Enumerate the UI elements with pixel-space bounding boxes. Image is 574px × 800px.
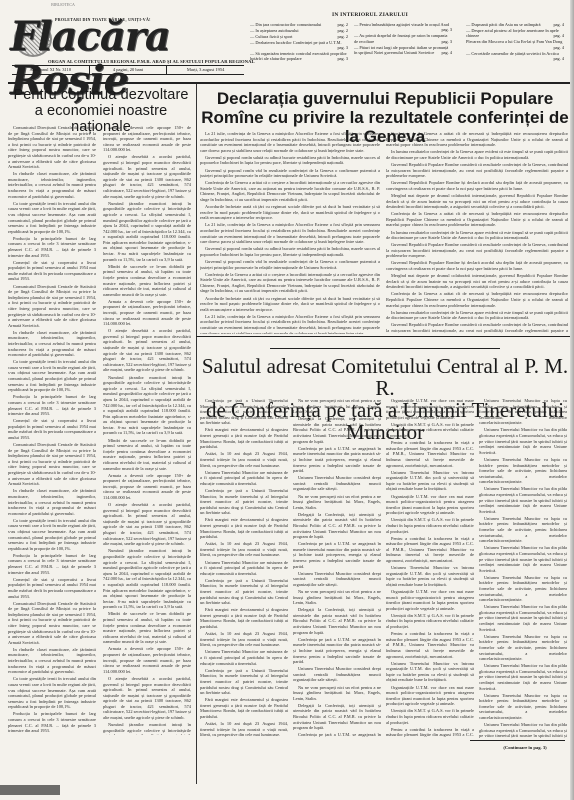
article-paragraph: In rîndurile clasei muncitoare, ale țără… (8, 171, 96, 199)
article-paragraph: Uniunea Tineretului Muncitor va lupta cu… (479, 457, 567, 485)
utm-headline-line-1: Salutul adresat Comitetului Central al P… (196, 355, 574, 399)
article-paragraph: Mîndri de succesele ce le-am dobîndit pe… (103, 264, 191, 298)
article-paragraph: Uniunea Tineretului Muncitor va lupta cu… (479, 634, 567, 662)
toc-column-3: — Duşmanii păcii din Asia nu se astîmpăr… (466, 22, 564, 62)
divider-short (270, 348, 500, 349)
toc-item: — In așteptarea autobuzului pag. 2 (250, 28, 348, 33)
article-paragraph: Uteniștii din S.M.T. și G.A.S. vor fi în… (386, 613, 474, 630)
article-paragraph: Numărul țăranilor muncitori intrați în g… (103, 548, 191, 610)
article-paragraph: Mîndri de succesele ce le-am dobîndit pe… (103, 611, 191, 645)
article-paragraph: Uniunea Tineretului Muncitor consideră d… (293, 571, 381, 588)
article-paragraph: Nu ne vom precupeți nici un efort pentru… (293, 685, 381, 702)
toc-item: — Să organizăm temeinic controlul execut… (250, 51, 348, 62)
article-paragraph: Conferința de la Geneva a arătat cît de … (386, 291, 568, 308)
article-paragraph: Uniunea Tineretului Muncitor va întrona … (386, 661, 474, 683)
article-paragraph: Uniunea Tineretului Muncitor are misiune… (200, 560, 288, 577)
article-paragraph: La 21 iulie, conferința de la Geneva a m… (200, 131, 380, 153)
toc-item: — Au primit drapelul de fruntași pe raio… (354, 33, 452, 44)
toc-title: IN INTERIORUL ZIARULUI (300, 12, 440, 18)
divider-middle (196, 336, 570, 337)
article-paragraph: Astăzi, la 10 ani după 23 August 1944, t… (200, 541, 288, 558)
continued-note: (Continuare în pag. 3) (470, 745, 574, 750)
article-paragraph: Armata a devenit cele aproape 150+ de pr… (103, 125, 191, 153)
toc-item: — Pentru îmbunătățirea agitației vizuale… (354, 22, 452, 33)
article-paragraph: In rîndurile clasei muncitoare, ale țără… (8, 488, 96, 516)
article-paragraph: Ca toate greutățile iernii în trecutul a… (8, 676, 96, 710)
article-paragraph: Fără margini este devotamentul și dragos… (200, 517, 288, 539)
article-paragraph: Guvernul și poporul romîn salută cu adîn… (200, 155, 380, 166)
toc-column-2: — Pentru îmbunătățirea agitației vizuale… (354, 22, 452, 56)
toc-item: — Din țara constructorilor comunismului … (250, 22, 348, 27)
article-paragraph: In rîndurile clasei muncitoare, ale țără… (8, 330, 96, 358)
article-paragraph: Uteniștii din S.M.T. și G.A.S. vor fi în… (386, 708, 474, 725)
article-paragraph: Fără margini este devotamentul și dragos… (200, 427, 288, 449)
print-smudge (0, 785, 60, 795)
article-paragraph: Guvernul Republicii Populare Romîne cons… (386, 242, 568, 259)
article-paragraph: In lumina rezultatelor conferinței de la… (386, 149, 568, 160)
article-paragraph: Pentru a contribui la traducerea în viaț… (386, 536, 474, 564)
article-paragraph: Comerțul de stat și cooperatist a livrat… (8, 260, 96, 282)
article-paragraph: Producția la principalele bunuri de larg… (8, 394, 96, 416)
article-paragraph: Uniunea Tineretului Muncitor va lua din … (479, 663, 567, 691)
article-paragraph: In lumina rezultatelor conferinței de la… (386, 230, 568, 241)
article-paragraph: Conferința pe țară a Uniunii Tineretului… (200, 668, 288, 696)
article-paragraph: Armata a devenit cele aproape 150+ de pr… (103, 646, 191, 674)
article-paragraph: Uteniștii din S.M.T. și G.A.S. vor fi în… (386, 422, 474, 439)
article-paragraph: Mergînd mai departe pe drumul colaborări… (386, 273, 568, 290)
organ-subtitle: ORGAN AL COMITETULUI REGIONAL P.M.R. ARA… (48, 59, 248, 64)
utm-article-col-2: Nu ne vom precupeți nici un efort pentru… (293, 398, 381, 738)
issue-number: Arad, anul XI Nr. 3110 (12, 66, 90, 74)
article-paragraph: Astăzi, la 10 ani după 23 August 1944, t… (200, 721, 288, 738)
utm-article-col-4: Uniunea Tineretului Muncitor va lupta cu… (479, 398, 567, 738)
article-paragraph: Conferința pe țară a U.T.M. se angajează… (293, 637, 381, 665)
article-paragraph: O atenție deosebită a acordat partidul, … (103, 502, 191, 547)
article-paragraph: Nu ne vom precupeți nici un efort pentru… (293, 398, 381, 415)
article-paragraph: Uniunea Tineretului Muncitor va lua din … (479, 486, 567, 514)
article-paragraph: Uniunea Tineretului Muncitor va lupta cu… (479, 398, 567, 426)
article-paragraph: Uniunea Tineretului Muncitor va lua din … (479, 427, 567, 455)
article-paragraph: Pentru a contribui la traducerea în viaț… (386, 727, 474, 738)
article-paragraph: Conferința pe țară a Uniunii Tineretului… (200, 398, 288, 426)
article-paragraph: Uniunea Tineretului Muncitor va lua din … (479, 722, 567, 738)
article-paragraph: In rîndurile clasei muncitoare, ale țără… (8, 647, 96, 675)
article-paragraph: Uniunea Tineretului Muncitor are misiune… (200, 470, 288, 487)
article-paragraph: Comerțul de stat și cooperatist a livrat… (8, 418, 96, 440)
toc-item: — Cultura fizică și sport pag. 2 (250, 34, 348, 39)
article-paragraph: Pentru a contribui la traducerea în viaț… (386, 631, 474, 659)
article-paragraph: Organizațiile U.T.M. vor duce cea mai ma… (386, 494, 474, 516)
article-paragraph: Uniunea Tineretului Muncitor va întrona … (386, 470, 474, 492)
article-paragraph: Conferința de la Geneva a arătat că o cr… (200, 272, 380, 294)
article-paragraph: La 21 iulie, conferința de la Geneva a m… (200, 314, 380, 334)
article-paragraph: Guvernul și poporul romîn văd în rezulta… (200, 168, 380, 179)
article-paragraph: Organizațiile U.T.M. vor duce cea mai ma… (386, 589, 474, 611)
article-paragraph: Guvernul și poporul romîn văd în rezulta… (200, 259, 380, 270)
article-paragraph: In lumina rezultatelor conferinței de la… (386, 310, 568, 321)
article-paragraph: Conferința pe țară a U.T.M. se angajează… (293, 541, 381, 569)
toc-item: — Duşmanii păcii din Asia nu se astîmpăr… (466, 22, 564, 27)
article-paragraph: Guvernul Republicii Populare Romîne cons… (386, 322, 568, 334)
article-paragraph: Uniunea Tineretului Muncitor va lupta cu… (479, 516, 567, 544)
toc-item: Plecarea din Moscova a lui Ciu En-lai și… (466, 39, 564, 50)
utm-article-col-1: Conferința pe țară a Uniunii Tineretului… (200, 398, 288, 738)
article-paragraph: O atenție deosebită a acordat partidul, … (103, 676, 191, 721)
article-paragraph: O atenție deosebită a acordat partidul, … (103, 328, 191, 373)
article-paragraph: Uniunea Tineretului Muncitor va lupta cu… (479, 693, 567, 721)
toc-column-1: — Din țara constructorilor comunismului … (250, 22, 348, 62)
article-paragraph: Uniunea Tineretului Muncitor consideră d… (293, 666, 381, 683)
article-paragraph: Ca toate greutățile iernii în trecutul a… (8, 518, 96, 552)
article-paragraph: Uniunea Tineretului Muncitor va întrona … (386, 565, 474, 587)
issue-price: 4 pagini, 20 bani (90, 66, 168, 74)
article-paragraph: Conferința pe țară a U.T.M. se angajează… (293, 446, 381, 474)
article-paragraph: Conferința pe țară a U.T.M. se angajează… (293, 732, 381, 738)
article-paragraph: Organizațiile U.T.M. vor duce cea mai ma… (386, 398, 474, 420)
article-paragraph: Conferința de la Geneva a arătat cît de … (386, 131, 568, 148)
article-paragraph: Guvernul Republicii Populare Romîne își … (386, 180, 568, 191)
article-paragraph: Uteniștii din S.M.T. și G.A.S. vor fi în… (386, 517, 474, 534)
geneva-article-col-2: Conferința de la Geneva a arătat cît de … (386, 131, 568, 334)
article-paragraph: Comunicatul Direcțiunii Centrale de Stat… (8, 442, 96, 487)
toc-item: — Despre actul piratesc al forțelor amer… (466, 28, 564, 39)
article-paragraph: Conferința de la Geneva a arătat că o cr… (200, 180, 380, 202)
article-paragraph: Astăzi, la 10 ani după 23 August 1944, t… (200, 451, 288, 468)
article-paragraph: Producția la principalele bunuri de larg… (8, 553, 96, 575)
article-paragraph: Delegații la Conferință, toți utemiștii … (293, 703, 381, 731)
article-paragraph: Acordurile încheiate arată că țări cu re… (200, 296, 380, 313)
article-paragraph: Uniunea Tineretului Muncitor va lua din … (479, 604, 567, 632)
masthead: Flacăra Roșie (10, 15, 245, 59)
article-paragraph: Conferința pe țară a Uniunii Tineretului… (200, 578, 288, 606)
article-paragraph: Delegații la Conferință, toți utemiștii … (293, 416, 381, 444)
article-paragraph: Armata a devenit cele aproape 150+ de pr… (103, 299, 191, 327)
article-paragraph: Astăzi, la 10 ani după 23 August 1944, t… (200, 631, 288, 648)
article-paragraph: Numărul țăranilor muncitori intrați în g… (103, 201, 191, 263)
article-paragraph: Organizațiile U.T.M. vor duce cea mai ma… (386, 685, 474, 707)
article-paragraph: Comunicatul Direcțiunii Centrale de Stat… (8, 125, 96, 170)
article-paragraph: Uniunea Tineretului Muncitor va lua din … (479, 545, 567, 573)
article-paragraph: Uniunea Tineretului Muncitor consideră d… (293, 475, 381, 492)
article-paragraph: Delegații la Conferință, toți utemiștii … (293, 512, 381, 540)
article-paragraph: Producția la principalele bunuri de larg… (8, 236, 96, 258)
article-paragraph: Ca toate greutățile iernii în trecutul a… (8, 359, 96, 393)
article-paragraph: Comunicatul Direcțiunii Centrale de Stat… (8, 601, 96, 646)
issue-info-bar: Arad, anul XI Nr. 3110 4 pagini, 20 bani… (12, 65, 244, 75)
page-edge (570, 0, 574, 800)
toc-item: — Cercetările oamenilor de știință sovie… (466, 51, 564, 62)
article-paragraph: Comerțul de stat și cooperatist a livrat… (8, 577, 96, 599)
left-article-col-1: Comunicatul Direcțiunii Centrale de Stat… (8, 125, 96, 735)
toc-item: — Pături tot mai largi ale poporului ita… (354, 45, 452, 56)
geneva-article-col-1: La 21 iulie, conferința de la Geneva a m… (200, 131, 380, 334)
article-paragraph: Fără margini este devotamentul și dragos… (200, 607, 288, 629)
divider-top (8, 82, 570, 84)
toc-item: — Dezbaterea lucrărilor Conferinței pe ț… (250, 40, 348, 51)
article-paragraph: Producția la principalele bunuri de larg… (8, 711, 96, 733)
issue-date: Marți, 3 august 1954 (167, 66, 244, 74)
article-paragraph: La 21 iulie, conferința de la Geneva a m… (200, 222, 380, 244)
article-paragraph: Mîndri de succesele ce le-am dobîndit pe… (103, 438, 191, 472)
article-paragraph: Pentru a contribui la traducerea în viaț… (386, 440, 474, 468)
article-paragraph: Comunicatul Direcțiunii Centrale de Stat… (8, 284, 96, 329)
article-paragraph: Nu ne vom precupeți nici un efort pentru… (293, 494, 381, 511)
article-paragraph: Guvernul și poporul romîn salută cu adîn… (200, 246, 380, 257)
left-article-col-2: Armata a devenit cele aproape 150+ de pr… (103, 125, 191, 735)
article-paragraph: Acordurile încheiate arată că țări cu re… (200, 204, 380, 221)
utm-article-col-3: Organizațiile U.T.M. vor duce cea mai ma… (386, 398, 474, 738)
article-paragraph: Delegații la Conferință, toți utemiștii … (293, 607, 381, 635)
article-paragraph: Nu ne vom precupeți nici un efort pentru… (293, 589, 381, 606)
article-paragraph: Guvernul Republicii Populare Romîne cons… (386, 162, 568, 179)
article-paragraph: Mergînd mai departe pe drumul colaborări… (386, 193, 568, 210)
continued-rule (470, 740, 565, 741)
article-paragraph: O atenție deosebită a acordat partidul, … (103, 154, 191, 199)
article-paragraph: Armata a devenit cele aproape 150+ de pr… (103, 473, 191, 501)
article-paragraph: Ca toate greutățile iernii în trecutul a… (8, 201, 96, 235)
article-paragraph: Guvernul Republicii Populare Romîne își … (386, 260, 568, 271)
article-paragraph: Numărul țăranilor muncitori intrați în g… (103, 375, 191, 437)
article-paragraph: Uniunea Tineretului Muncitor va lupta cu… (479, 575, 567, 603)
article-paragraph: Fără margini este devotamentul și dragos… (200, 697, 288, 719)
article-paragraph: Uniunea Tineretului Muncitor are misiune… (200, 649, 288, 666)
article-paragraph: Numărul țăranilor muncitori intrați în g… (103, 722, 191, 735)
article-paragraph: Conferința pe țară a Uniunii Tineretului… (200, 488, 288, 516)
article-paragraph: Conferința de la Geneva a arătat cît de … (386, 211, 568, 228)
